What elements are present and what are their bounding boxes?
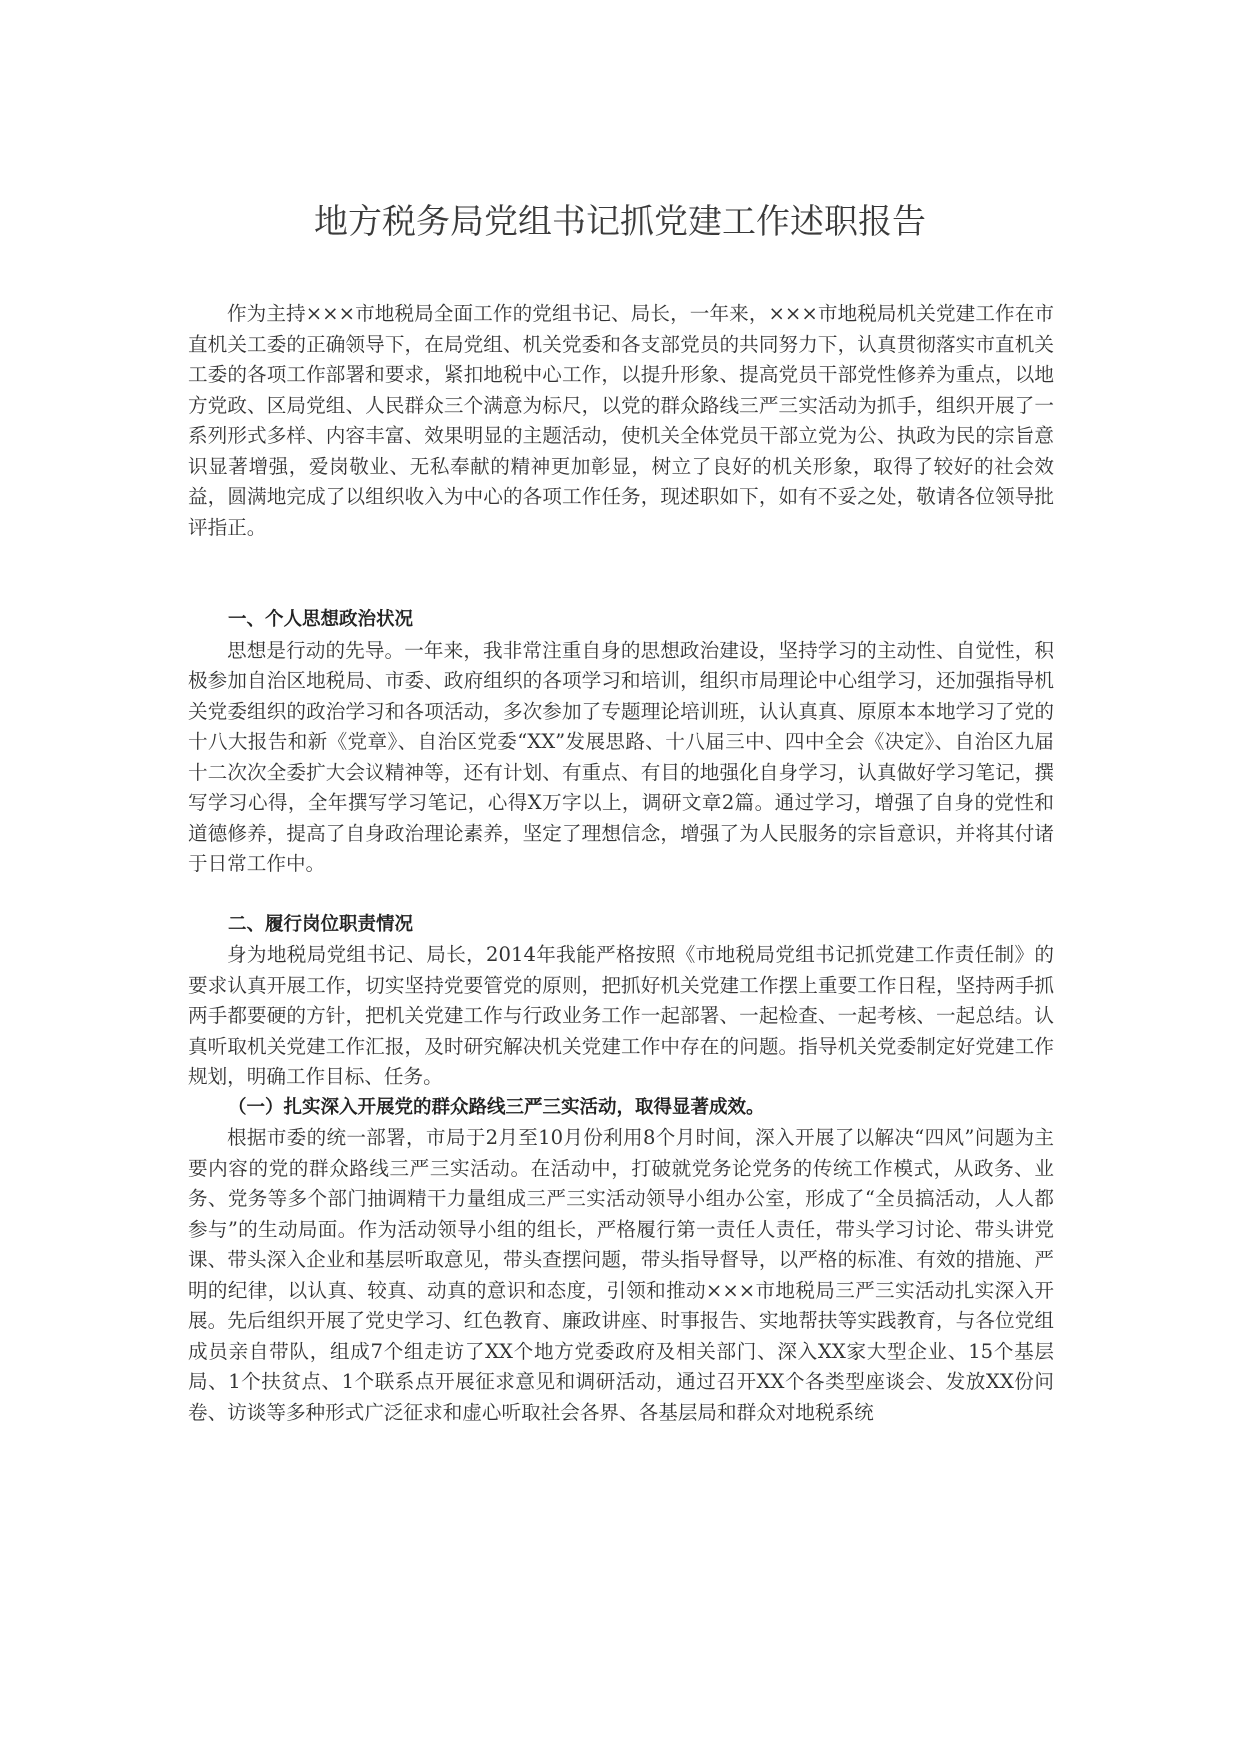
spacer: [188, 543, 1054, 605]
section-paragraph: 思想是行动的先导。一年来，我非常注重自身的思想政治建设，坚持学习的主动性、自觉性…: [188, 636, 1054, 880]
spacer: [188, 880, 1054, 910]
document-title: 地方税务局党组书记抓党建工作述职报告: [0, 200, 1240, 244]
subsection-heading: （一）扎实深入开展党的群众路线三严三实活动，取得显著成效。: [188, 1093, 1054, 1124]
document-page: 地方税务局党组书记抓党建工作述职报告 作为主持×××市地税局全面工作的党组书记、…: [0, 0, 1240, 1754]
subsection-mass-line: （一）扎实深入开展党的群众路线三严三实活动，取得显著成效。 根据市委的统一部署，…: [188, 1093, 1054, 1429]
document-body: 作为主持×××市地税局全面工作的党组书记、局长，一年来，×××市地税局机关党建工…: [188, 299, 1054, 1428]
section-paragraph: 身为地税局党组书记、局长，2014年我能严格按照《市地税局党组书记抓党建工作责任…: [188, 940, 1054, 1093]
section-political-status: 一、个人思想政治状况 思想是行动的先导。一年来，我非常注重自身的思想政治建设，坚…: [188, 605, 1054, 880]
section-job-duties: 二、履行岗位职责情况 身为地税局党组书记、局长，2014年我能严格按照《市地税局…: [188, 910, 1054, 1429]
intro-paragraph: 作为主持×××市地税局全面工作的党组书记、局长，一年来，×××市地税局机关党建工…: [188, 299, 1054, 543]
section-heading: 一、个人思想政治状况: [188, 605, 1054, 636]
section-heading: 二、履行岗位职责情况: [188, 910, 1054, 941]
subsection-paragraph: 根据市委的统一部署，市局于2月至10月份利用8个月时间，深入开展了以解决“四风”…: [188, 1123, 1054, 1428]
